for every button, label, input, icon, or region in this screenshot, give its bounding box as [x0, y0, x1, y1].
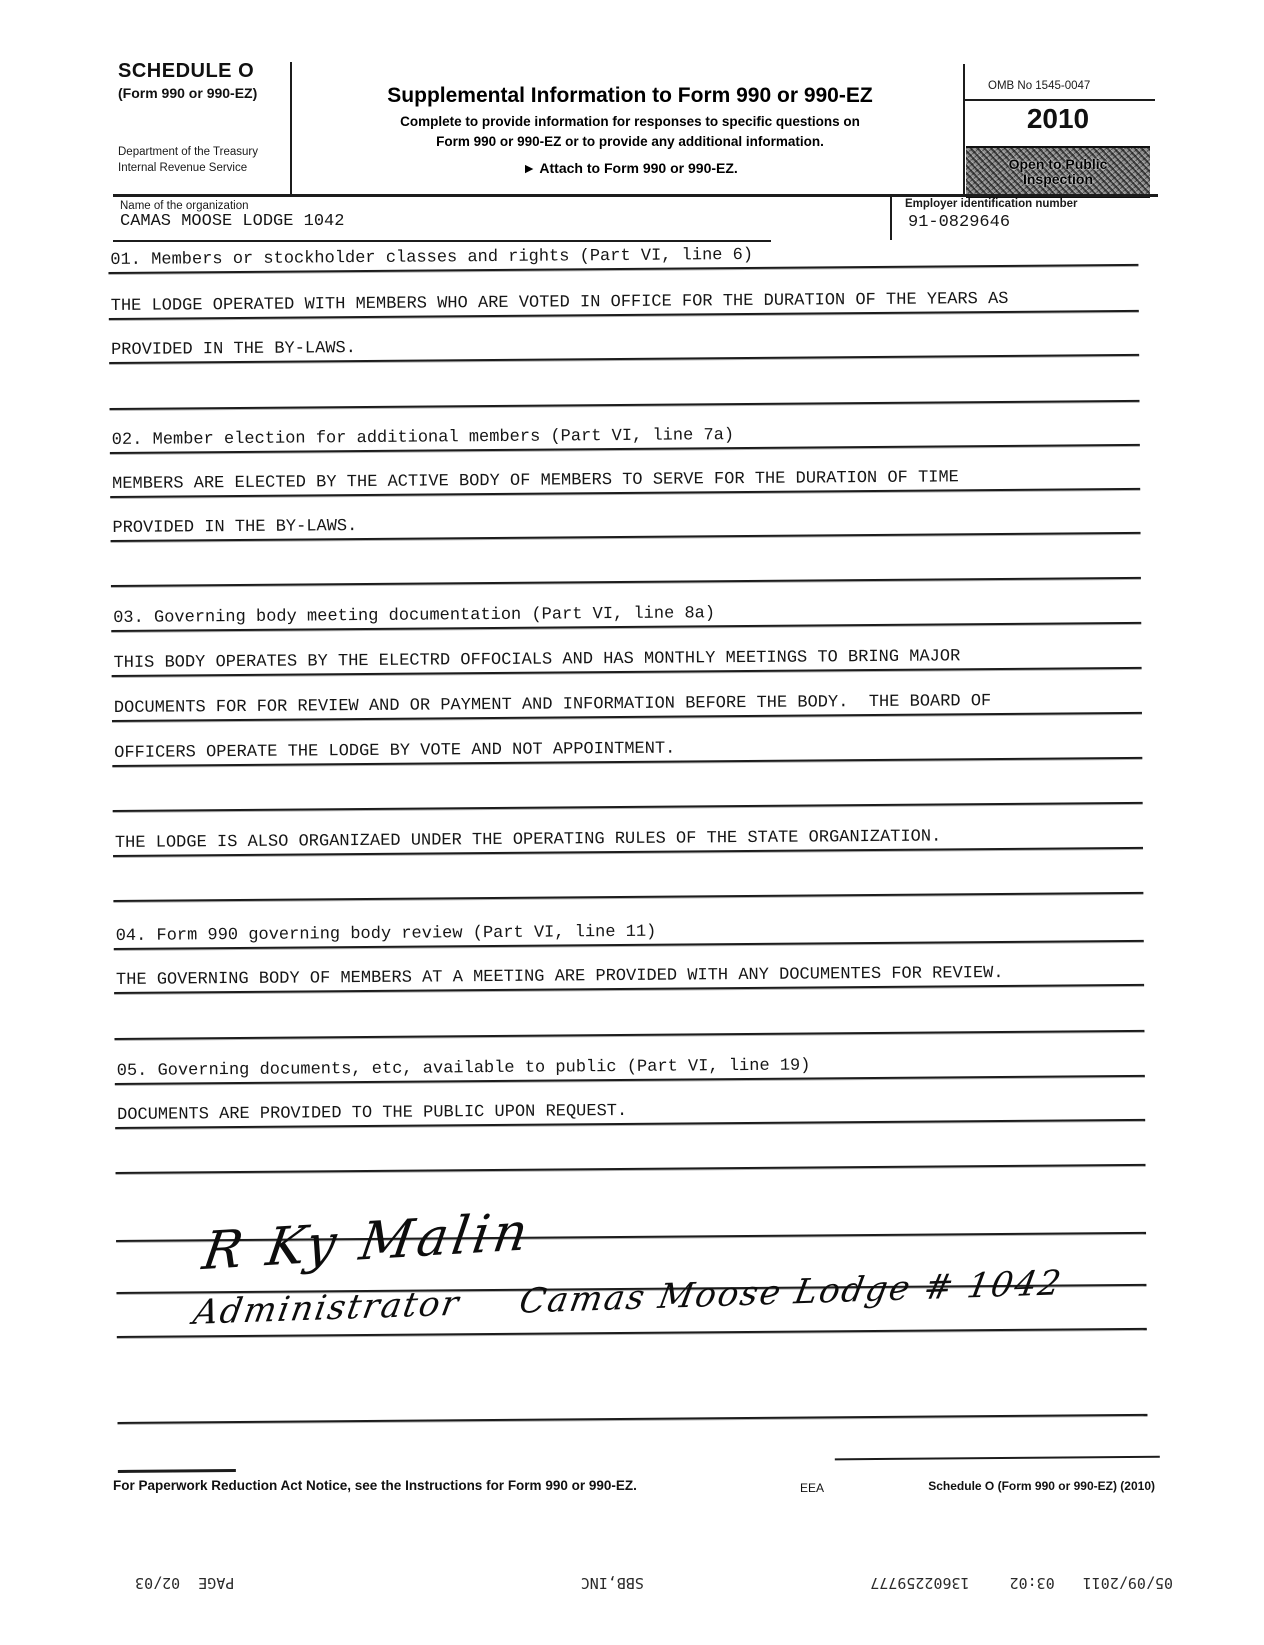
ruled-line	[116, 1164, 1146, 1174]
fax-page: PAGE 02/03	[135, 1574, 234, 1592]
entry-01-text-row: THE LODGE OPERATED WITH MEMBERS WHO ARE …	[109, 282, 1139, 320]
ruled-line	[113, 892, 1143, 902]
entry-03-text-line3: OFFICERS OPERATE THE LODGE BY VOTE AND N…	[114, 740, 675, 763]
blank-row	[109, 372, 1139, 410]
entry-05-heading-row: 05. Governing documents, etc, available …	[115, 1047, 1145, 1085]
fax-date: 05/09/2011	[1083, 1574, 1173, 1592]
entry-03-heading-row: 03. Governing body meeting documentation…	[111, 594, 1141, 632]
blank-row	[115, 1136, 1145, 1174]
ruled-body: 01. Members or stockholder classes and r…	[0, 0, 1264, 1645]
entry-04-heading-row: 04. Form 990 governing body review (Part…	[114, 912, 1144, 950]
entry-02-text-row: MEMBERS ARE ELECTED BY THE ACTIVE BODY O…	[110, 460, 1140, 498]
fax-number: 13602259777	[870, 1574, 969, 1592]
entry-02-text-line2: PROVIDED IN THE BY-LAWS.	[112, 517, 357, 538]
signature-handwriting: R Ky Malin	[199, 1202, 536, 1282]
ruled-line	[111, 577, 1141, 587]
blank-row	[114, 1002, 1144, 1040]
ruled-line	[117, 1414, 1147, 1424]
entry-03-text-row: DOCUMENTS FOR FOR REVIEW AND OR PAYMENT …	[112, 684, 1142, 722]
entry-02-text-row: PROVIDED IN THE BY-LAWS.	[110, 504, 1140, 542]
form-id-footer: Schedule O (Form 990 or 990-EZ) (2010)	[880, 1479, 1155, 1493]
entry-03-text-row: THE LODGE IS ALSO ORGANIZAED UNDER THE O…	[113, 819, 1143, 857]
fax-datetime-number: 05/09/201103:0213602259777	[870, 1574, 1173, 1592]
paperwork-reduction-notice: For Paperwork Reduction Act Notice, see …	[113, 1478, 637, 1493]
entry-02-heading: 02. Member election for additional membe…	[112, 426, 734, 450]
fax-banner: 05/09/201103:0213602259777 SBB,INC PAGE …	[95, 1566, 1173, 1600]
eea-code: EEA	[800, 1481, 824, 1495]
ruled-line-partial	[835, 1456, 1160, 1461]
blank-row	[111, 549, 1141, 587]
blank-row	[113, 864, 1143, 902]
signer-organization: Camas Moose Lodge # 1042	[516, 1263, 1065, 1322]
entry-04-text-row: THE GOVERNING BODY OF MEMBERS AT A MEETI…	[114, 956, 1144, 994]
entry-01-text-row: PROVIDED IN THE BY-LAWS.	[109, 326, 1139, 364]
entry-03-text-row: THIS BODY OPERATES BY THE ELECTRD OFFOCI…	[111, 639, 1141, 677]
entry-01-heading-row: 01. Members or stockholder classes and r…	[108, 236, 1138, 274]
entry-02-heading-row: 02. Member election for additional membe…	[110, 416, 1140, 454]
entry-01-heading: 01. Members or stockholder classes and r…	[110, 246, 753, 270]
blank-row	[112, 774, 1142, 812]
entry-05-heading: 05. Governing documents, etc, available …	[117, 1057, 811, 1081]
entry-01-text-line2: PROVIDED IN THE BY-LAWS.	[111, 339, 356, 360]
entry-03-text-row: OFFICERS OPERATE THE LODGE BY VOTE AND N…	[112, 729, 1142, 767]
scanned-form-page: SCHEDULE O (Form 990 or 990-EZ) Departme…	[0, 0, 1264, 1645]
fax-sender: SBB,INC	[581, 1574, 644, 1592]
entry-03-heading: 03. Governing body meeting documentation…	[113, 604, 715, 628]
ruled-line	[113, 802, 1143, 812]
signer-title: Administrator	[190, 1284, 463, 1333]
fax-time: 03:02	[1010, 1574, 1055, 1592]
ruled-line	[114, 1030, 1144, 1040]
entry-05-text-row: DOCUMENTS ARE PROVIDED TO THE PUBLIC UPO…	[115, 1091, 1145, 1129]
ruled-line	[110, 400, 1140, 410]
ruled-line-partial	[118, 1469, 236, 1473]
entry-04-heading: 04. Form 990 governing body review (Part…	[116, 923, 657, 946]
entry-05-text-line1: DOCUMENTS ARE PROVIDED TO THE PUBLIC UPO…	[117, 1102, 627, 1125]
